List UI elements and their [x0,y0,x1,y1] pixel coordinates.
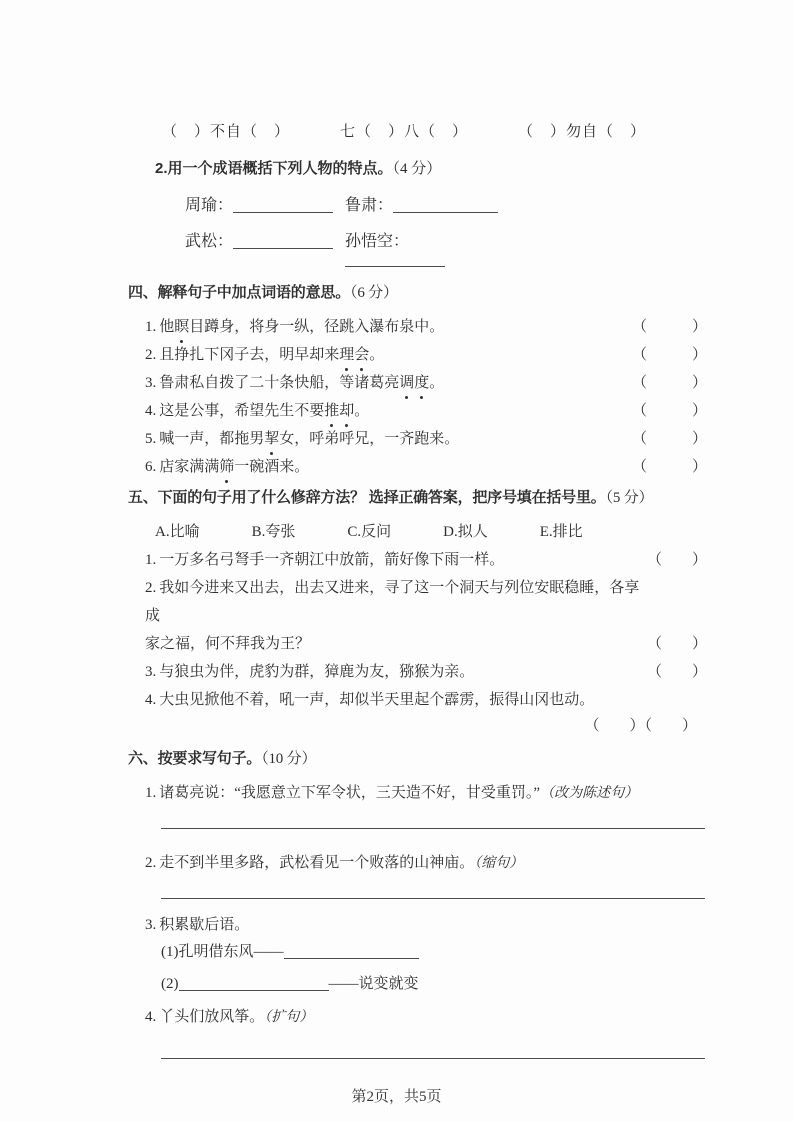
question-2-heading: 2.用一个成语概括下列人物的特点。（4 分） [128,157,707,178]
sentence-text: 家之福，何不拜我为王？ [145,636,310,652]
section-4-heading: 四、解释句子中加点词语的意思。（6 分） [128,282,707,304]
question-text: 5.喊一声，都拖男挈女，呼弟呼兄，一齐跑来。 [145,425,632,453]
emphasized-word: 调度 [399,375,429,391]
emphasized-word: 瞑 [174,319,189,335]
option-e: E.排比 [540,518,583,546]
answer-blank [393,198,498,213]
question-text: 4.丫头们放风筝。（扩句） [145,1003,707,1032]
name-cell: 孙悟空： [345,228,505,269]
answer-bracket-pair: （ ） [632,341,707,369]
section-5-title: 五、下面的句子用了什么修辞方法？ 选择正确答案，把序号填在括号里。 [128,489,606,506]
question-item: 5.喊一声，都拖男挈女，呼弟呼兄，一齐跑来。 （ ） [128,425,707,453]
section-4-title: 四、解释句子中加点词语的意思。 [128,284,350,301]
question-number: 2. [145,347,156,363]
question-item: 2.我如今进来又出去，出去又进来，寻了这一个洞天与列位安眠稳睡，各享成家之福，何… [128,574,707,658]
sentence-text: 我如今进来又出去，出去又进来，寻了这一个洞天与列位安眠稳睡，各享成 [145,580,639,624]
question-text: 2.我如今进来又出去，出去又进来，寻了这一个洞天与列位安眠稳睡，各享成家之福，何… [145,574,647,658]
instruction-note: （缩句） [474,856,523,871]
question-item: 1.他瞑目蹲身，将身一纵，径跳入瀑布泉中。 （ ） [128,313,707,341]
option-a: A.比喻 [155,518,200,546]
answer-blank [179,976,329,991]
question-number: 4. [145,403,156,419]
answer-line [161,828,705,829]
section-6-heading: 六、按要求写句子。（10 分） [128,748,707,770]
question-number: 5. [145,431,156,447]
sentence-text: 一碗酒来。 [234,459,309,475]
question-item: 3.积累歇后语。 [128,911,707,939]
answer-line [161,1058,705,1059]
option-b: B.夸张 [252,518,296,546]
question-text: 1.一万多名弓弩手一齐朝江中放箭，箭好像下雨一样。 [145,546,647,574]
sentence-text: 店家满满 [159,459,219,475]
question-item: 2.且挣扎下冈子去，明早却来理会。 （ ） [128,341,707,369]
question-item: 2.走不到半里多路，武松看见一个败落的山神庙。（缩句） [128,849,707,878]
sentence-text: 走不到半里多路，武松看见一个败落的山神庙。 [159,855,474,871]
question-text: 3.积累歇后语。 [145,911,707,939]
question-item: 4.这是公事，希望先生不要推却。 （ ） [128,397,707,425]
answer-blank [233,234,333,249]
answer-bracket-pair: （ ） [647,546,707,574]
question-number: 6. [145,459,156,475]
question-item: 1.一万多名弓弩手一齐朝江中放箭，箭好像下雨一样。 （ ） [128,546,707,574]
xiehouyu-suffix: ——说变就变 [329,976,419,992]
question-2-label: 2.用一个成语概括下列人物的特点。 [155,160,393,177]
section-6-title: 六、按要求写句子。 [128,750,261,767]
sentence-text: 积累歇后语。 [159,917,249,933]
question-text: 2.且挣扎下冈子去，明早却来理会。 [145,341,632,369]
question-text: 2.走不到半里多路，武松看见一个败落的山神庙。（缩句） [145,849,707,878]
question-text: 3.鲁肃私自拨了二十条快船，等诸葛亮调度。 [145,369,632,397]
section-5-heading: 五、下面的句子用了什么修辞方法？ 选择正确答案，把序号填在括号里。（5 分） [128,487,707,509]
question-item: 6.店家满满筛一碗酒来。 （ ） [128,453,707,481]
idiom-blank-group: （ ）不自（ ） [162,122,290,142]
sentence-text: 这是公事，希望先生不要 [159,403,324,419]
answer-bracket-pair: （ ） [647,630,707,658]
option-d: D.拟人 [443,518,488,546]
page-content: （ ）不自（ ） 七（ ）八（ ） （ ）勿自（ ） 2.用一个成语概括下列人物… [128,122,707,1059]
emphasized-word: 筛 [219,459,234,475]
question-number: 1. [145,785,156,801]
sentence-text: 。 [369,347,384,363]
emphasized-word: 推却 [324,403,354,419]
answer-bracket-pair: （ ） [632,397,707,425]
character-name-row: 武松： 孙悟空： [128,228,707,269]
emphasized-word: 理会 [339,347,369,363]
exam-page: （ ）不自（ ） 七（ ）八（ ） （ ）勿自（ ） 2.用一个成语概括下列人物… [0,0,793,1122]
option-c: C.反问 [347,518,391,546]
question-number: 1. [145,319,156,335]
section-5-score: （5 分） [606,490,654,506]
name-cell: 鲁肃： [345,192,505,215]
sentence-text: 。 [354,403,369,419]
name-cell: 周瑜： [185,192,345,215]
sentence-text: 丫头们放风筝。 [159,1009,264,1025]
instruction-note: （扩句） [264,1010,313,1025]
sentence-text: 目蹲身，将身一纵，径跳入瀑布泉中。 [189,319,444,335]
answer-bracket-pair: （ ）（ ） [584,718,697,734]
answer-options-row: A.比喻 B.夸张 C.反问 D.拟人 E.排比 [128,518,707,546]
question-number: 2. [145,855,156,871]
question-number: 2. [145,580,156,596]
question-text: 1.诸葛亮说：“我愿意立下军令状，三天造不好，甘受重罚。”（改为陈述句） [145,779,707,808]
name-label: 孙悟空： [345,233,409,250]
instruction-note: （改为陈述句） [540,786,638,801]
question-number: 3. [145,664,156,680]
question-item: 3.鲁肃私自拨了二十条快船，等诸葛亮调度。 （ ） [128,369,707,397]
emphasized-word: 挈 [264,431,279,447]
question-item: 4.大虫见掀他不着，吼一声，却似半天里起个霹雳，振得山冈也动。 [128,686,707,714]
question-number: 3. [145,917,156,933]
question-text: 3.与狼虫为伴，虎豹为群，獐鹿为友，猕猴为亲。 [145,658,647,686]
xiehouyu-prefix: (1)孔明借东风 [161,944,254,960]
xiehouyu-item-2: (2)——说变就变 [128,971,707,997]
name-cell: 武松： [185,228,345,269]
answer-blank [284,944,419,959]
answer-line [161,898,705,899]
answer-bracket-pair: （ ） [632,425,707,453]
name-label: 武松： [185,233,233,250]
question-number: 4. [145,692,156,708]
sentence-text: 且挣扎下冈子去，明早却来 [159,347,339,363]
answer-bracket-pair: （ ） [632,369,707,397]
sentence-text: 一万多名弓弩手一齐朝江中放箭，箭好像下雨一样。 [159,552,504,568]
sentence-text: 女，呼弟呼兄，一齐跑来。 [279,431,459,447]
question-item: 3.与狼虫为伴，虎豹为群，獐鹿为友，猕猴为亲。 （ ） [128,658,707,686]
answer-bracket-pair: （ ） [647,658,707,686]
question-text: 4.这是公事，希望先生不要推却。 [145,397,632,425]
name-label: 鲁肃： [345,197,393,214]
idiom-blank-group: 七（ ）八（ ） [340,122,468,142]
answer-blank [345,252,445,267]
question-number: 4. [145,1009,156,1025]
question-item: 1.诸葛亮说：“我愿意立下军令状，三天造不好，甘受重罚。”（改为陈述句） [128,779,707,808]
section-6-score: （10 分） [261,751,316,767]
answer-blank [233,198,333,213]
character-name-row: 周瑜： 鲁肃： [128,192,707,215]
xiehouyu-item-1: (1)孔明借东风—— [128,939,707,965]
question-number: 1. [145,552,156,568]
idiom-fill-blank-row: （ ）不自（ ） 七（ ）八（ ） （ ）勿自（ ） [128,122,707,142]
sentence-text: 。 [429,375,444,391]
question-text: 6.店家满满筛一碗酒来。 [145,453,632,481]
sentence-text: 大虫见掀他不着，吼一声，却似半天里起个霹雳，振得山冈也动。 [159,692,594,708]
idiom-blank-group: （ ）勿自（ ） [518,122,646,142]
question-2-score: （4 分） [393,161,442,177]
name-label: 周瑜： [185,197,233,214]
sentence-text: 诸葛亮说：“我愿意立下军令状，三天造不好，甘受重罚。” [159,785,540,801]
sentence-text: 喊一声，都拖男 [159,431,264,447]
double-answer-bracket-row: （ ）（ ） [128,714,707,738]
page-number: 第2页，共5页 [0,1085,793,1106]
item-number: (2) [161,976,179,992]
question-text: 4.大虫见掀他不着，吼一声，却似半天里起个霹雳，振得山冈也动。 [145,686,707,714]
dash: —— [254,944,284,960]
section-4-score: （6 分） [350,285,398,301]
question-text: 1.他瞑目蹲身，将身一纵，径跳入瀑布泉中。 [145,313,632,341]
answer-bracket-pair: （ ） [632,453,707,481]
sentence-text: 鲁肃私自拨了二十条快船，等诸葛亮 [159,375,399,391]
question-number: 3. [145,375,156,391]
sentence-text: 他 [159,319,174,335]
answer-bracket-pair: （ ） [632,313,707,341]
sentence-text: 与狼虫为伴，虎豹为群，獐鹿为友，猕猴为亲。 [159,664,474,680]
question-item: 4.丫头们放风筝。（扩句） [128,1003,707,1032]
